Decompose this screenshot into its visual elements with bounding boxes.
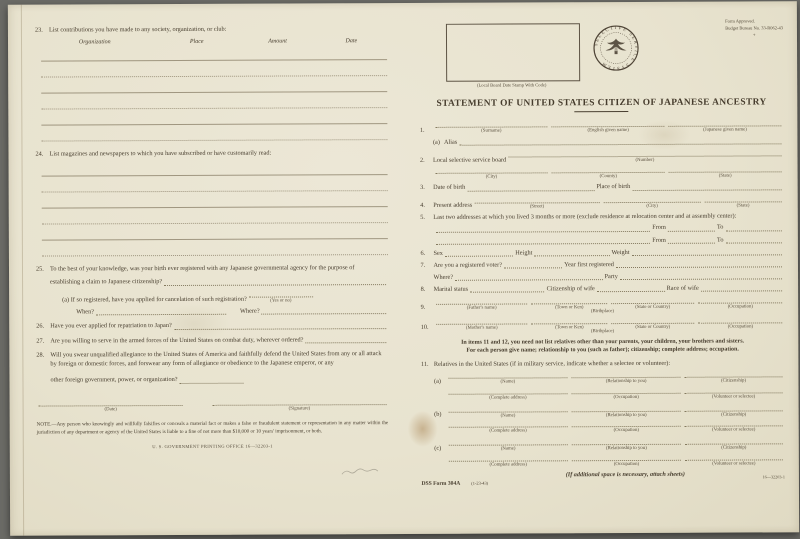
print-code: 16—32203-1: [763, 474, 785, 479]
field-8-marital: 8. Marital status Citizenship of wife Ra…: [421, 283, 785, 294]
address-line: [435, 241, 650, 245]
answer-line: [611, 296, 695, 304]
mother-state-field: (State or Country): [611, 316, 695, 331]
occupation-label: (Occupation): [572, 462, 681, 468]
question-28-text-cont: other foreign government, power, or orga…: [50, 375, 177, 385]
father-name-field: (Father's name): [436, 297, 528, 312]
question-23: 23. List contributions you have made to …: [35, 25, 387, 35]
relative-occupation-field: (Occupation): [572, 453, 681, 468]
answer-segment: (Yes or no): [249, 289, 313, 304]
answer-line: [632, 252, 782, 256]
field-5-row1: From To: [433, 223, 784, 234]
ruled-line: [41, 60, 387, 78]
field-2-location: (City) (County) (State): [433, 164, 784, 180]
column-date: Date: [316, 38, 386, 44]
answer-line: [96, 312, 226, 316]
question-27: 27. Are you willing to serve in the arme…: [36, 335, 388, 346]
page-header: (Local Board Date Stamp With Code) SELEC…: [419, 11, 783, 99]
form-date: (1-23-43): [471, 480, 488, 485]
answer-line: [611, 316, 695, 324]
alias-label: Alias: [444, 138, 457, 147]
answer-line: [445, 253, 513, 256]
question-23-text: List contributions you have made to any …: [49, 26, 227, 36]
father-name-label: (Father's name): [436, 306, 528, 312]
column-organization: Organization: [35, 39, 155, 46]
field-number: 3.: [420, 183, 433, 192]
answer-line: [448, 453, 568, 462]
field-7-voter: 7. Are you a registered voter? Year firs…: [420, 259, 784, 270]
answer-line: [474, 195, 600, 204]
city-label: (City): [604, 203, 701, 209]
field-6-physical: 6. Sex Height Weight: [420, 247, 784, 258]
answer-line: [262, 311, 386, 315]
relative-row-b: (b) (Name) (Relationship to you) (Citize…: [434, 403, 785, 419]
where-label: Where?: [434, 273, 454, 282]
citizenship-label: (Citizenship): [685, 445, 783, 451]
answer-line: [305, 340, 385, 343]
penalty-note: NOTE.—Any person who knowingly and willf…: [37, 420, 389, 436]
where-label: Where?: [240, 306, 260, 316]
relationship-label: (Relationship to you): [572, 379, 681, 385]
street-label: (Street): [474, 204, 600, 210]
form-approved-line2: Budget Bureau No. 33-R062-43: [725, 25, 783, 32]
answer-line: [174, 326, 386, 330]
board-number-label: (Number): [508, 157, 781, 164]
answer-line: [448, 420, 568, 429]
ruled-line: [42, 207, 388, 225]
answer-line: [249, 289, 313, 297]
to-label: To: [717, 235, 724, 244]
answer-line: [685, 403, 783, 411]
occupation-label: (Occupation): [699, 324, 783, 330]
answer-line: [620, 276, 782, 280]
field-number: 6.: [420, 248, 433, 257]
field-7-text: Are you a registered voter?: [433, 260, 502, 269]
answer-line: [685, 419, 783, 427]
column-amount: Amount: [239, 38, 316, 44]
relative-occupation-field: (Occupation): [572, 386, 681, 401]
answer-line: [669, 164, 782, 172]
answer-line: [685, 385, 783, 393]
form-sheet: 23. List contributions you have made to …: [8, 1, 799, 535]
answer-line: [572, 419, 681, 427]
date-label: (Date): [39, 407, 183, 413]
city-label: (City): [435, 174, 548, 180]
to-label: To: [717, 223, 724, 232]
answer-line: [668, 228, 715, 231]
eagle-icon: [605, 39, 626, 55]
answer-line: [725, 228, 781, 231]
attach-sheets-note: (If additional space is necessary, attac…: [488, 470, 762, 478]
question-25-number: 25.: [36, 265, 48, 274]
answer-line: [572, 437, 681, 445]
answer-line: [572, 386, 681, 394]
ruled-line: [42, 159, 388, 177]
yes-or-no-label: (Yes or no): [249, 298, 313, 304]
contribution-table: [41, 44, 387, 142]
answer-line: [455, 277, 602, 281]
name-label: (Name): [448, 446, 568, 452]
question-24: 24. List magazines and newspapers to whi…: [35, 149, 387, 159]
left-page: 23. List contributions you have made to …: [8, 3, 405, 536]
father-occupation-field: (Occupation): [698, 295, 782, 310]
relative-address-field: (Complete address): [448, 453, 568, 468]
present-address-label: Present address: [433, 201, 472, 210]
street-field: (Street): [474, 195, 600, 210]
relative-volunteer-field: (Volunteer or selectee): [685, 419, 783, 434]
answer-line: [552, 164, 665, 172]
weight-label: Weight: [612, 248, 630, 257]
occupation-label: (Occupation): [572, 395, 681, 401]
question-27-number: 27.: [36, 336, 48, 345]
question-26-number: 26.: [36, 322, 48, 331]
answer-line: [436, 297, 528, 305]
board-city-field: (City): [435, 165, 548, 180]
answer-line: [684, 369, 782, 377]
japanese-given-name-label: (Japanese given name): [669, 127, 782, 133]
relative-name-field: (Name): [448, 404, 568, 419]
answer-line: [597, 289, 665, 292]
alias-prefix: (a): [433, 138, 440, 147]
field-2-board: 2. Local selective service board (Number…: [420, 148, 784, 164]
state-field: (State): [704, 194, 781, 209]
answer-line: [572, 370, 681, 378]
ruled-line: [42, 239, 388, 257]
state-label: (State): [704, 203, 781, 209]
answer-line: [508, 148, 781, 157]
notice-line2: For each person give name; relationship …: [421, 346, 785, 356]
answer-line: [448, 386, 568, 395]
relative-relationship-field: (Relationship to you): [572, 370, 681, 385]
volunteer-or-selectee-label: (Volunteer or selectee): [685, 428, 783, 434]
question-28-text: Will you swear unqualified allegiance to…: [50, 350, 381, 368]
answer-line: [572, 453, 681, 461]
name-label: (Name): [448, 413, 568, 419]
row-letter: (c): [434, 444, 446, 453]
relative-address-field: (Complete address): [448, 420, 568, 435]
mother-name-field: (Mother's name): [436, 316, 528, 331]
relationship-label: (Relationship to you): [572, 412, 681, 418]
question-25-text: To the best of your knowledge, was your …: [50, 264, 355, 274]
field-1-name: 1. (Surname) (English given name) (Japan…: [420, 118, 784, 134]
relative-name-field: (Name): [448, 437, 568, 452]
citizenship-of-wife-label: Citizenship of wife: [547, 284, 595, 293]
occupation-label: (Occupation): [572, 428, 681, 434]
field-2-text: Local selective service board: [433, 155, 506, 164]
answer-line: [632, 187, 781, 191]
answer-line: [435, 165, 548, 173]
question-25a-text: (a) If so registered, have you applied f…: [62, 295, 247, 305]
title-rule: [575, 111, 629, 112]
relative-name-field: (Name): [448, 370, 568, 385]
field-3-birth: 3. Date of birth Place of birth: [420, 182, 784, 193]
ruled-line: [42, 191, 388, 209]
right-page: (Local Board Date Stamp With Code) SELEC…: [402, 1, 799, 534]
height-label: Height: [515, 248, 532, 257]
scanned-document: 23. List contributions you have made to …: [0, 0, 800, 539]
answer-line: [725, 240, 781, 243]
date-field: (Date): [39, 398, 183, 413]
sex-label: Sex: [433, 248, 442, 257]
signature-line: [213, 397, 386, 406]
ruled-line: [41, 92, 387, 110]
spacer: [185, 397, 211, 412]
answer-line: [532, 316, 607, 324]
form-title: STATEMENT OF UNITED STATES CITIZEN OF JA…: [420, 97, 784, 109]
field-number: 11.: [421, 360, 434, 369]
answer-line: [459, 141, 781, 145]
race-of-wife-label: Race of wife: [667, 284, 699, 293]
answer-line: [604, 194, 701, 202]
relative-volunteer-field: (Volunteer or selectee): [685, 385, 783, 400]
signature-label: (Signature): [213, 406, 386, 413]
ruled-line: [41, 76, 387, 94]
field-number: 4.: [420, 201, 433, 210]
field-number: 9.: [421, 303, 434, 312]
board-state-field: (State): [669, 164, 782, 179]
question-25: 25. To the best of your knowledge, was y…: [36, 264, 388, 317]
answer-line: [164, 282, 385, 286]
question-28-number: 28.: [36, 350, 48, 359]
field-5-text: Last two addresses at which you lived 3 …: [433, 212, 736, 222]
field-number: 7.: [420, 261, 433, 270]
ruled-line: [42, 223, 388, 241]
field-5-row2: From To: [433, 235, 784, 246]
relative-row-a: (a) (Name) (Relationship to you) (Citize…: [434, 369, 785, 385]
answer-line: [685, 436, 783, 444]
row-letter: (a): [434, 377, 446, 386]
occupation-label: (Occupation): [699, 304, 783, 310]
ruled-line: [41, 124, 387, 142]
question-25-text-cont: establishing a claim to Japanese citizen…: [50, 277, 162, 287]
question-28: 28.Will you swear unqualified allegiance…: [36, 349, 388, 385]
question-24-text: List magazines and newspapers to which y…: [49, 149, 271, 159]
place-of-birth-label: Place of birth: [596, 182, 630, 191]
answer-line: [698, 295, 782, 303]
complete-address-label: (Complete address): [448, 429, 568, 435]
relative-occupation-field: (Occupation): [572, 419, 681, 434]
relative-citizenship-field: (Citizenship): [684, 369, 782, 384]
field-number: 1.: [420, 125, 433, 134]
column-place: Place: [154, 39, 238, 45]
answer-line: [436, 316, 528, 324]
answer-line: [180, 380, 244, 383]
city-field: (City): [604, 194, 701, 209]
field-number: 8.: [421, 285, 434, 294]
answer-line: [572, 403, 681, 411]
date-of-birth-label: Date of birth: [433, 183, 465, 192]
answer-line: [669, 118, 782, 126]
ruled-line: [41, 44, 387, 62]
form-approved-block: Form Approved. Budget Bureau No. 33-R062…: [725, 18, 783, 39]
complete-address-label: (Complete address): [448, 395, 568, 401]
name-label: (Name): [448, 379, 568, 385]
from-label: From: [652, 223, 666, 232]
field-7-where-party: Where? Party: [434, 271, 785, 282]
relative-relationship-field: (Relationship to you): [572, 403, 681, 418]
from-label: From: [652, 235, 666, 244]
complete-address-label: (Complete address): [448, 462, 568, 468]
relative-citizenship-field: (Citizenship): [685, 403, 783, 418]
citizenship-label: (Citizenship): [685, 412, 783, 418]
field-11-text: Relatives in the United States (if in mi…: [434, 359, 670, 369]
form-id-block: DSS Form 304A (1-23-43): [421, 471, 488, 489]
field-11-relatives: 11. Relatives in the United States (if i…: [421, 358, 785, 369]
answer-line: [448, 437, 568, 446]
signature-block: (Date) (Signature): [37, 397, 389, 413]
answer-line: [704, 194, 781, 202]
relative-volunteer-field: (Volunteer or selectee): [685, 452, 783, 467]
english-given-name-label: (English given name): [552, 128, 665, 134]
father-state-field: (State or Country): [611, 296, 695, 311]
relative-address-field: (Complete address): [448, 386, 568, 401]
relative-row-a2: (Complete address) (Occupation) (Volunte…: [446, 385, 785, 401]
relatives-notice: In items 11 and 12, you need not list re…: [421, 337, 785, 356]
answer-line: [552, 119, 665, 127]
pencil-annotation: [340, 463, 380, 479]
field-number: 10.: [421, 322, 434, 331]
field-number: 5.: [420, 213, 433, 222]
answer-line: [701, 288, 782, 291]
surname-field: (Surname): [435, 119, 548, 134]
answer-line: [616, 264, 782, 268]
state-or-country-label: (State or Country): [611, 325, 695, 331]
relative-row-b2: (Complete address) (Occupation) (Volunte…: [446, 419, 785, 435]
field-number: 2.: [420, 155, 433, 164]
mother-occupation-field: (Occupation): [699, 315, 783, 330]
board-county-field: (County): [552, 164, 665, 179]
address-line: [435, 228, 650, 232]
relationship-label: (Relationship to you): [572, 446, 681, 452]
answer-line: [504, 265, 562, 268]
county-label: (County): [552, 173, 665, 179]
volunteer-or-selectee-label: (Volunteer or selectee): [685, 461, 783, 467]
relative-row-c2: (Complete address) (Occupation) (Volunte…: [446, 452, 785, 468]
state-label: (State): [669, 173, 782, 179]
form-number: DSS Form 304A: [421, 480, 460, 486]
surname-label: (Surname): [435, 128, 548, 134]
magazine-list-lines: [42, 159, 388, 257]
question-23-number: 23.: [35, 27, 47, 36]
field-5-addresses: 5. Last two addresses at which you lived…: [420, 212, 784, 223]
date-line: [39, 398, 183, 407]
date-stamp-box: [445, 23, 579, 82]
question-26: 26. Have you ever applied for repatriati…: [36, 320, 388, 331]
answer-line: [699, 315, 783, 323]
field-4-address: 4. Present address (Street) (City) (Stat…: [420, 194, 784, 210]
answer-line: [534, 253, 609, 256]
field-1a-alias: (a) Alias: [433, 136, 784, 147]
answer-line: [685, 452, 783, 460]
year-registered-label: Year first registered: [564, 260, 614, 269]
answer-line: [448, 370, 568, 379]
party-label: Party: [605, 272, 618, 281]
ruled-line: [41, 108, 387, 126]
citizenship-label: (Citizenship): [685, 378, 783, 384]
volunteer-or-selectee-label: (Volunteer or selectee): [685, 394, 783, 400]
japanese-given-name-field: (Japanese given name): [669, 118, 782, 133]
form-footer: DSS Form 304A (1-23-43) (If additional s…: [421, 470, 785, 490]
row-letter: (b): [434, 410, 446, 419]
mother-name-label: (Mother's name): [436, 325, 528, 331]
question-27-text: Are you willing to serve in the armed fo…: [50, 335, 303, 346]
answer-line: [532, 296, 607, 304]
registration-mark: +: [725, 32, 783, 40]
signature-field: (Signature): [213, 397, 386, 413]
relative-citizenship-field: (Citizenship): [685, 436, 783, 451]
question-24-number: 24.: [35, 150, 47, 159]
answer-line: [467, 188, 594, 192]
state-or-country-label: (State or Country): [611, 305, 695, 311]
ruled-line: [42, 175, 388, 193]
date-stamp-caption: (Local Board Date Stamp With Code): [428, 82, 596, 88]
marital-status-label: Marital status: [434, 285, 468, 294]
answer-line: [470, 290, 545, 293]
board-number-field: (Number): [508, 148, 781, 164]
answer-line: [435, 119, 548, 127]
answer-line: [668, 240, 715, 243]
relative-row-c: (c) (Name) (Relationship to you) (Citize…: [434, 436, 785, 452]
selective-service-seal-icon: SELECTIVE SERVICE SYSTEM: [591, 24, 639, 72]
gpo-imprint: U. S. GOVERNMENT PRINTING OFFICE 16—3220…: [37, 443, 389, 450]
question-26-text: Have you ever applied for repatriation t…: [50, 321, 172, 331]
when-label: When?: [76, 307, 94, 317]
answer-line: [448, 404, 568, 413]
english-given-name-field: (English given name): [552, 119, 665, 134]
relative-relationship-field: (Relationship to you): [572, 437, 681, 452]
